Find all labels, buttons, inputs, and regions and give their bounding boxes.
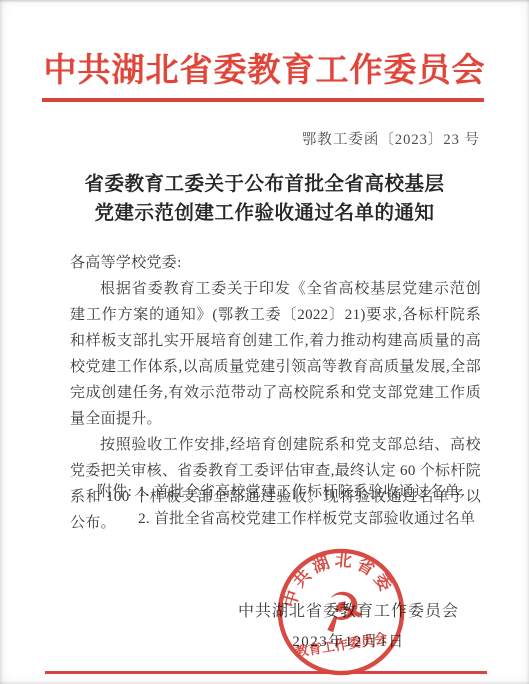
salutation: 各高等学校党委: (70, 250, 481, 276)
body-paragraph: 根据省委教育工委关于印发《全省高校基层党建示范创建工作方案的通知》(鄂教工委〔2… (70, 276, 481, 432)
doc-title: 省委教育工委关于公布首批全省高校基层 党建示范创建工作验收通过名单的通知 (0, 170, 529, 228)
attachments-label: 附件: (97, 479, 132, 506)
footer-double-rule (45, 671, 487, 674)
signature-date: 2023年12月1日 (238, 630, 459, 651)
attachment-item: 1. 首批全省高校党建工作标杆院系验收通过名单 (138, 479, 475, 506)
document-page: 中共湖北省委教育工作委员会 鄂教工委函〔2023〕23 号 省委教育工委关于公布… (0, 0, 529, 684)
attachments-list: 1. 首批全省高校党建工作标杆院系验收通过名单 2. 首批全省高校党建工作样板党… (138, 479, 475, 533)
scan-edge-left (0, 0, 4, 684)
signature-block: 中共湖北省委教育工作委员会 2023年12月1日 (238, 598, 459, 651)
doc-title-line2: 党建示范创建工作验收通过名单的通知 (0, 199, 529, 228)
attachments-block: 附件: 1. 首批全省高校党建工作标杆院系验收通过名单 2. 首批全省高校党建工… (97, 479, 475, 533)
signature-org-name: 中共湖北省委教育工作委员会 (238, 598, 459, 621)
header-double-rule (42, 98, 484, 102)
org-header-title: 中共湖北省委教育工作委员会 (0, 44, 529, 91)
attachment-item: 2. 首批全省高校党建工作样板党支部验收通过名单 (138, 506, 475, 533)
scan-edge-top (0, 0, 529, 3)
doc-number: 鄂教工委函〔2023〕23 号 (302, 128, 480, 149)
doc-title-line1: 省委教育工委关于公布首批全省高校基层 (0, 170, 529, 199)
